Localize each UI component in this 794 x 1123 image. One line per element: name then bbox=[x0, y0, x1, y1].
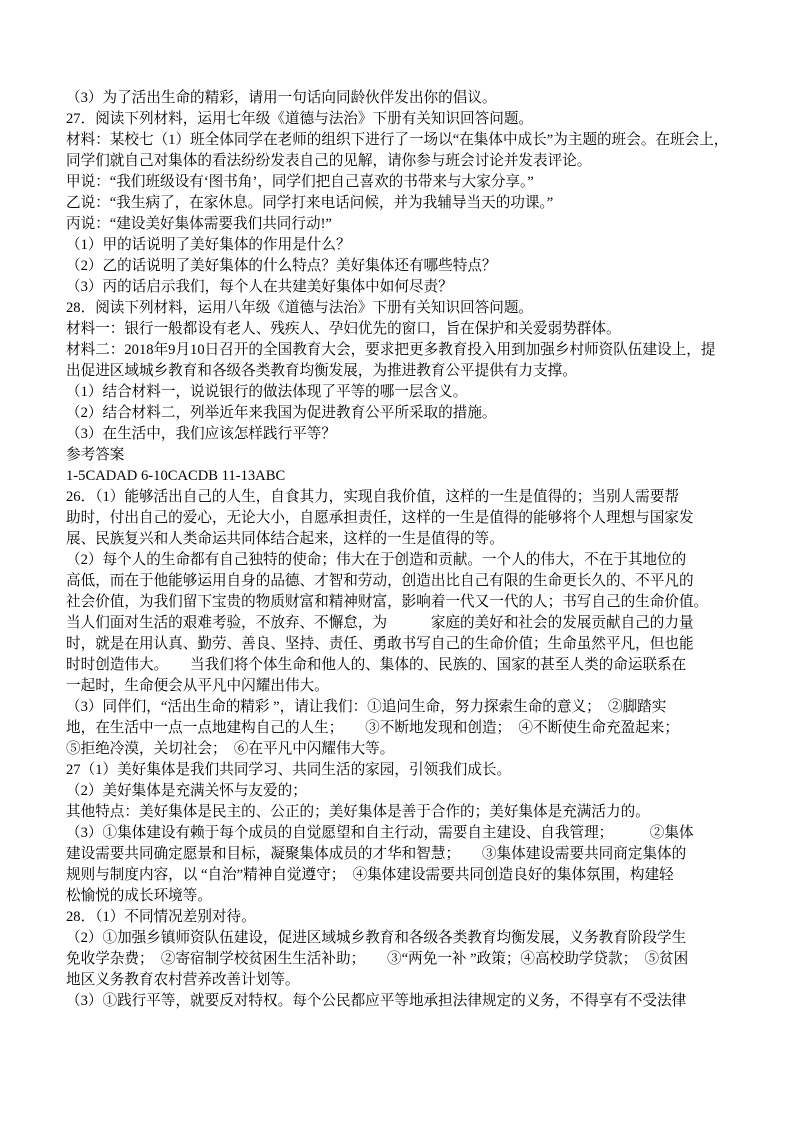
text-line: 展、民族复兴和人类命运共同体结合起来，这样的一生是值得的等。 bbox=[66, 529, 734, 550]
text-line: （1）结合材料一，说说银行的做法体现了平等的哪一层含义。 bbox=[66, 382, 734, 403]
text-line: 28．（1）不同情况差别对待。 bbox=[66, 907, 734, 928]
text-line: 28．阅读下列材料，运用八年级《道德与法治》下册有关知识回答问题。 bbox=[66, 298, 734, 319]
text-line: 丙说：“建设美好集体需要我们共同行动!” bbox=[66, 214, 734, 235]
text-line: （3）丙的话启示我们，每个人在共建美好集体中如何尽责？ bbox=[66, 277, 734, 298]
text-line: 高低，而在于他能够运用自身的品德、才智和劳动，创造出比自己有限的生命更长久的、不… bbox=[66, 571, 734, 592]
text-line: 松愉悦的成长环境等。 bbox=[66, 886, 734, 907]
text-line: 参考答案 bbox=[66, 445, 734, 466]
text-line: 材料一：银行一般都设有老人、残疾人、孕妇优先的窗口，旨在保护和关爱弱势群体。 bbox=[66, 319, 734, 340]
text-line: 26．（1）能够活出自己的人生，自食其力，实现自我价值，这样的一生是值得的；当别… bbox=[66, 487, 734, 508]
text-line: 同学们就自己对集体的看法纷纷发表自己的见解，请你参与班会讨论并发表评论。 bbox=[66, 151, 734, 172]
text-line: （3）①践行平等，就要反对特权。每个公民都应平等地承担法律规定的义务，不得享有不… bbox=[66, 991, 734, 1012]
text-line: 材料：某校七（1）班全体同学在老师的组织下进行了一场以“在集体中成长”为主题的班… bbox=[66, 130, 734, 151]
text-line: 助时，付出自己的爱心，无论大小，自愿承担责任，这样的一生是值得的能够将个人理想与… bbox=[66, 508, 734, 529]
text-line: 时，就是在用认真、勤劳、善良、坚持、责任、勇敢书写自己的生命价值；生命虽然平凡，… bbox=[66, 634, 734, 655]
text-line: ⑤拒绝冷漠，关切社会； ⑥在平凡中闪耀伟大等。 bbox=[66, 739, 734, 760]
text-line: 地，在生活中一点一点地建构自己的人生； ③不断地发现和创造； ④不断使生命充盈起… bbox=[66, 718, 734, 739]
text-line: 建设需要共同确定愿景和目标，凝聚集体成员的才华和智慧； ③集体建设需要共同商定集… bbox=[66, 844, 734, 865]
document-page: （3）为了活出生命的精彩，请用一句话向同龄伙伴发出你的倡议。27．阅读下列材料，… bbox=[0, 0, 794, 1123]
text-line: 免收学杂费； ②寄宿制学校贫困生生活补助； ③“两免一补 ”政策；④高校助学贷款… bbox=[66, 949, 734, 970]
text-line: （1）甲的话说明了美好集体的作用是什么？ bbox=[66, 235, 734, 256]
text-line: （3）同伴们，“活出生命的精彩 ”，请让我们：①追问生命，努力探索生命的意义； … bbox=[66, 697, 734, 718]
text-line: 甲说：“我们班级设有‘图书角’，同学们把自己喜欢的书带来与大家分享。” bbox=[66, 172, 734, 193]
text-line: 一起时，生命便会从平凡中闪耀出伟大。 bbox=[66, 676, 734, 697]
text-line: 27．阅读下列材料，运用七年级《道德与法治》下册有关知识回答问题。 bbox=[66, 109, 734, 130]
text-line: （3）①集体建设有赖于每个成员的自觉愿望和自主行动，需要自主建设、自我管理； ②… bbox=[66, 823, 734, 844]
text-line: 出促进区域城乡教育和各级各类教育均衡发展，为推进教育公平提供有力支撑。 bbox=[66, 361, 734, 382]
text-line: （2）美好集体是充满关怀与友爱的； bbox=[66, 781, 734, 802]
text-line: （3）为了活出生命的精彩，请用一句话向同龄伙伴发出你的倡议。 bbox=[66, 88, 734, 109]
text-line: 时时创造伟大。 当我们将个体生命和他人的、集体的、民族的、国家的甚至人类的命运联… bbox=[66, 655, 734, 676]
text-line: （2）每个人的生命都有自己独特的使命；伟大在于创造和贡献。一个人的伟大，不在于其… bbox=[66, 550, 734, 571]
text-line: 其他特点：美好集体是民主的、公正的；美好集体是善于合作的；美好集体是充满活力的。 bbox=[66, 802, 734, 823]
text-line: （2）①加强乡镇师资队伍建设，促进区域城乡教育和各级各类教育均衡发展，义务教育阶… bbox=[66, 928, 734, 949]
text-line: 乙说：“我生病了，在家休息。同学打来电话问候，并为我辅导当天的功课。” bbox=[66, 193, 734, 214]
text-line: （2）结合材料二，列举近年来我国为促进教育公平所采取的措施。 bbox=[66, 403, 734, 424]
text-line: 材料二：2018年9月10日召开的全国教育大会，要求把更多教育投入用到加强乡村师… bbox=[66, 340, 734, 361]
text-line: 社会价值，为我们留下宝贵的物质财富和精神财富，影响着一代又一代的人；书写自己的生… bbox=[66, 592, 734, 613]
text-line: 地区义务教育农村营养改善计划等。 bbox=[66, 970, 734, 991]
text-line: 规则与制度内容，以 “自治”精神自觉遵守； ④集体建设需要共同创造良好的集体氛围… bbox=[66, 865, 734, 886]
text-line: （2）乙的话说明了美好集体的什么特点？美好集体还有哪些特点？ bbox=[66, 256, 734, 277]
text-line: （3）在生活中，我们应该怎样践行平等？ bbox=[66, 424, 734, 445]
text-line: 1-5CADAD 6-10CACDB 11-13ABC bbox=[66, 466, 734, 487]
text-line: 27（1）美好集体是我们共同学习、共同生活的家园，引领我们成长。 bbox=[66, 760, 734, 781]
text-line: 当人们面对生活的艰难考验，不放弃、不懈怠，为 家庭的美好和社会的发展贡献自己的力… bbox=[66, 613, 734, 634]
document-content: （3）为了活出生命的精彩，请用一句话向同龄伙伴发出你的倡议。27．阅读下列材料，… bbox=[66, 88, 734, 1012]
